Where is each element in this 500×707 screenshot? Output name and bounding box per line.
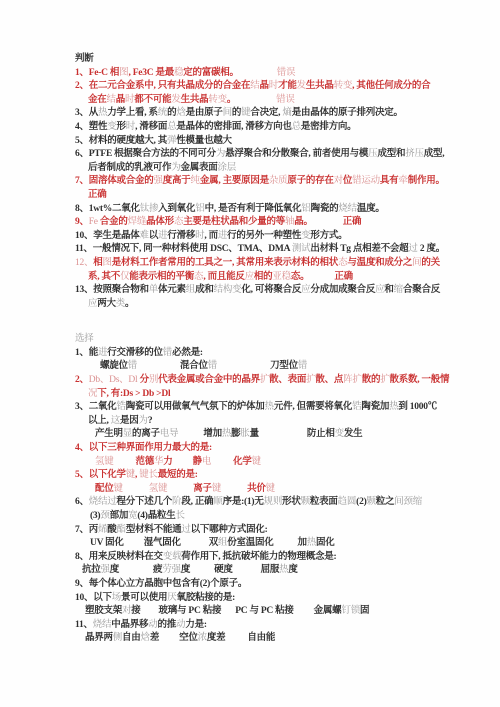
- text-segment: 2、: [75, 375, 89, 385]
- text-segment: 。: [227, 95, 236, 105]
- text-segment: 键长: [139, 470, 158, 480]
- text-segment: , 而: [204, 231, 218, 241]
- text-segment: 厌: [167, 593, 176, 603]
- text-segment: 别: [149, 375, 158, 385]
- text-segment: 10、以下: [75, 593, 112, 603]
- text-segment: 进: [98, 348, 107, 358]
- text-line: 10、孪生是晶体难以进行滑移时, 而进行的另外一种塑性变形方式。: [0, 230, 500, 244]
- text-segment: 侧: [113, 633, 122, 643]
- text-segment: 阵扩: [343, 375, 362, 385]
- text-segment: 统: [158, 108, 167, 118]
- text-segment: 态: [174, 217, 183, 227]
- options-line: 塑胶支架对接玻璃与 PC 粘接PC 与 PC 粘接金属螺钉锁固: [0, 605, 500, 619]
- text-segment: 发: [297, 81, 306, 91]
- text-segment: 才能: [278, 81, 297, 91]
- text-segment: 变: [335, 429, 344, 439]
- text-segment: 是由原子: [186, 108, 223, 118]
- text-segment: 的关: [421, 258, 440, 268]
- text-segment: 出材料 Tg 点相差不会超: [310, 244, 408, 254]
- text-segment: 测试: [292, 244, 311, 254]
- text-segment: 对: [122, 606, 131, 616]
- text-segment: 抗拉: [82, 565, 101, 575]
- text-segment: 6、: [75, 497, 89, 507]
- options-line: 氢键范德华力静电化学键: [0, 456, 500, 470]
- text-segment: 酯: [117, 525, 126, 535]
- text-segment: 杂质: [269, 176, 288, 186]
- text-segment: 错运动: [352, 176, 380, 186]
- text-segment: 下, 有:Ds > Db >Dl: [97, 389, 170, 399]
- text-segment: 5、材料的硬度越大, 其: [75, 136, 167, 146]
- text-segment: 序是:(1)无: [223, 497, 264, 507]
- text-line: 金在结晶时都不可能发生共晶转变。错误: [0, 94, 500, 108]
- text-segment: 错误: [276, 95, 295, 105]
- text-segment: , 而且能反: [203, 272, 244, 282]
- text-segment: 湿气固化: [144, 538, 181, 548]
- text-segment: 。: [125, 299, 134, 309]
- text-segment: 这: [111, 416, 120, 426]
- text-segment: 硬度: [214, 565, 233, 575]
- text-line: 3、从热力学上看, 系统的焓是由原子间的键合决定, 熵是由晶体的原子排列决定。: [0, 107, 500, 121]
- text-segment: 中, 是否有利于降低氧化: [205, 204, 302, 214]
- text-line: 11、一般情况下, 同一种材料使用 DSC、TMA、DMA 测试出材料 Tg 点…: [0, 243, 500, 257]
- text-segment: 金在: [88, 95, 107, 105]
- text-segment: 键: [266, 484, 275, 494]
- text-segment: 为: [216, 149, 225, 159]
- text-segment: 共价: [247, 484, 266, 494]
- text-segment: 显: [123, 429, 132, 439]
- text-segment: 键: [252, 457, 261, 467]
- text-segment: 金属, 主要原因是: [200, 176, 269, 186]
- text-segment: 转变: [208, 95, 227, 105]
- text-segment: 11、: [75, 620, 93, 630]
- text-segment: 程分下述几个: [117, 497, 173, 507]
- text-segment: 铝: [195, 204, 204, 214]
- text-segment: 度高于: [163, 176, 191, 186]
- text-segment: 12、: [75, 258, 93, 268]
- text-segment: 是晶体的密排面, 滑移方向也: [176, 122, 291, 132]
- text-segment: 扩: [260, 375, 269, 385]
- text-segment: 散、表面: [269, 375, 306, 385]
- text-segment: 间颈缩: [394, 497, 422, 507]
- text-segment: 图: [103, 258, 112, 268]
- text-segment: 颗: [367, 497, 376, 507]
- text-segment: 以下哪种方式固化:: [191, 525, 268, 535]
- text-segment: Fe: [89, 217, 100, 227]
- text-segment: 宽: [128, 511, 137, 521]
- text-segment: 是材料工作者常用的工具之一, 其常用来表示材料的相状: [112, 258, 338, 268]
- text-segment: 度: [181, 565, 190, 575]
- text-segment: 量: [250, 429, 259, 439]
- text-segment: 错误: [277, 68, 296, 78]
- text-segment: , Fe3C 是最: [128, 68, 174, 78]
- text-segment: 都不可能: [134, 95, 171, 105]
- text-segment: 电: [202, 457, 211, 467]
- text-segment: , 滑移面: [135, 122, 167, 132]
- text-segment: 定的富碳相。: [183, 68, 239, 78]
- text-segment: 5、以下化学: [75, 470, 126, 480]
- text-segment: 的: [232, 108, 241, 118]
- text-segment: 度差: [207, 633, 226, 643]
- text-segment: 自由能: [247, 633, 275, 643]
- text-segment: 段, 正确: [181, 497, 213, 507]
- text-line: 1、能进行交滑移的位错必然是:: [0, 347, 500, 361]
- document-page: 判断1、Fe-C 相图, Fe3C 是最稳定的富碳相。错误2、在二元合金系中, …: [0, 0, 500, 707]
- text-segment: 度: [110, 565, 119, 575]
- text-segment: 散、点: [315, 375, 343, 385]
- text-segment: 加: [298, 538, 307, 548]
- text-line: 况下, 有:Ds > Db >Dl: [0, 388, 500, 402]
- text-segment: 烯: [98, 525, 107, 535]
- text-segment: 变载: [163, 552, 182, 562]
- text-segment: 产生明: [95, 429, 123, 439]
- text-segment: 为: [139, 416, 148, 426]
- text-segment: 钛掺: [140, 204, 159, 214]
- text-segment: 间: [412, 258, 421, 268]
- text-segment: 代表金属或合金中的晶界: [158, 375, 260, 385]
- text-segment: 胀: [240, 429, 249, 439]
- text-segment: 8、用来反映材料在交: [75, 552, 163, 562]
- text-segment: 牵: [398, 176, 407, 186]
- text-segment: 接: [131, 606, 140, 616]
- text-line: 后者制成的乳液可作为金属表面涂层: [0, 162, 500, 176]
- text-segment: 变: [107, 122, 116, 132]
- text-segment: 正确: [343, 217, 362, 227]
- text-segment: 螺旋位: [100, 361, 128, 371]
- text-segment: 焓: [141, 633, 150, 643]
- text-line: 2、Db、Ds、Dl 分别代表金属或合金中的晶界扩散、表面扩散、点阵扩散的扩散系…: [0, 374, 500, 388]
- text-segment: 配位: [95, 484, 114, 494]
- text-segment: 形状: [282, 497, 301, 507]
- text-segment: 入到氧化: [158, 204, 195, 214]
- text-segment: 景可以使用: [121, 593, 167, 603]
- text-segment: 行的另外一种塑性: [227, 231, 301, 241]
- text-segment: 4、塑性: [75, 122, 107, 132]
- text-segment: 静: [193, 457, 202, 467]
- text-segment: UV 固化: [90, 538, 124, 548]
- text-segment: 陶瓷的: [311, 204, 339, 214]
- options-line: 产生明显的离子电导增加热膨胀量防止相变发生: [0, 428, 500, 442]
- text-segment: 亚稳: [272, 272, 291, 282]
- text-segment: 烧结: [338, 204, 357, 214]
- text-segment: 必然是:: [172, 348, 203, 358]
- text-segment: 结: [250, 81, 259, 91]
- text-segment: 离子: [193, 484, 212, 494]
- text-segment: 挤压: [405, 149, 424, 159]
- text-segment: 顺: [213, 497, 222, 507]
- text-line: 8、用来反映材料在交变载荷作用下, 抵抗破坏能力的物理概念是:: [0, 551, 500, 565]
- text-segment: 错: [298, 361, 307, 371]
- text-segment: 键: [212, 484, 221, 494]
- text-line: 10、以下场景可以使用厌氧胶粘接的是:: [0, 592, 500, 606]
- text-segment: 缩: [394, 285, 403, 295]
- text-segment: 到 1000℃: [398, 402, 437, 412]
- text-segment: 应: [301, 285, 310, 295]
- text-segment: 进: [218, 231, 227, 241]
- text-segment: 晶界两: [85, 633, 113, 643]
- text-line: 9、每个体心立方晶胞中包含有(2)个原子。: [0, 578, 500, 592]
- text-segment: 范德: [136, 457, 155, 467]
- text-segment: 强: [101, 565, 110, 575]
- options-line: 配位键氢键离子键共价键: [0, 483, 500, 497]
- questions-document: 判断1、Fe-C 相图, Fe3C 是最稳定的富碳相。错误2、在二元合金系中, …: [0, 53, 500, 646]
- text-segment: PC 与 PC 粘接: [235, 606, 293, 616]
- text-line: 应两大类。: [0, 298, 500, 312]
- text-segment: 3、二氧化: [75, 402, 117, 412]
- text-segment: 荷作用下, 抵抗破坏能力的物理概念是:: [181, 552, 336, 562]
- text-segment: 动: [176, 620, 185, 630]
- text-segment: 分: [140, 375, 149, 385]
- text-segment: 结构变: [214, 285, 242, 295]
- section-judgment: 判断1、Fe-C 相图, Fe3C 是最稳定的富碳相。错误2、在二元合金系中, …: [0, 53, 500, 311]
- text-segment: 能表示相的平衡: [129, 272, 194, 282]
- text-segment: 态: [338, 258, 347, 268]
- text-segment: 选择: [75, 334, 94, 344]
- text-segment: 后者制成的乳液可作: [88, 163, 171, 173]
- text-segment: 键: [114, 484, 123, 494]
- text-segment: Db、Ds、Dl: [89, 375, 140, 385]
- text-segment: 9、: [75, 217, 89, 227]
- text-segment: 6、PTFE 根据聚合方法的不同可分: [75, 149, 216, 159]
- text-line: 11、烧结中晶界移动的推动力是:: [0, 619, 500, 633]
- text-segment: 过: [408, 244, 417, 254]
- text-segment: 疲: [153, 565, 162, 575]
- text-segment: 锆: [352, 402, 361, 412]
- text-segment: 合聚合反: [403, 285, 440, 295]
- text-segment: 铝: [301, 204, 310, 214]
- text-segment: (4)晶粒生: [137, 511, 175, 521]
- text-segment: 成和: [195, 285, 214, 295]
- text-segment: 劳强: [162, 565, 181, 575]
- text-segment: 性模量也越大: [176, 136, 232, 146]
- text-segment: 1、Fe-C 相: [75, 68, 119, 78]
- text-segment: 间: [223, 108, 232, 118]
- text-segment: 晶体形: [146, 217, 174, 227]
- text-segment: 13、按照聚合物和: [75, 285, 149, 295]
- text-segment: 时: [269, 81, 278, 91]
- text-segment: 总: [292, 122, 301, 132]
- text-segment: 散的: [362, 375, 381, 385]
- text-segment: 生共晶: [181, 95, 209, 105]
- text-segment: 是密排方向。: [301, 122, 357, 132]
- text-line: 7、固溶体或合金的强度高于纯金属, 主要原因是杂质原子的存在对位错运动具有牵制作…: [0, 175, 500, 189]
- text-segment: 2、在二元合金系中, 只有共晶成分的合金在: [75, 81, 250, 91]
- text-segment: 悬浮聚合和分散聚合, 前者使用与模: [225, 149, 368, 159]
- text-segment: 热: [222, 429, 231, 439]
- text-segment: 散系数, 一般情: [389, 375, 449, 385]
- text-segment: 钉锁: [341, 606, 360, 616]
- text-segment: 氧胶粘接的是:: [177, 593, 235, 603]
- text-line: (3)颈部加宽(4)晶粒生长: [0, 510, 500, 524]
- text-line: 4、以下三种界面作用力最大的是:: [0, 442, 500, 456]
- text-segment: 判断: [75, 54, 94, 64]
- text-segment: 烧结过: [89, 497, 117, 507]
- text-segment: 陶瓷加: [361, 402, 389, 412]
- text-segment: 玻璃与 PC 粘接: [159, 606, 222, 616]
- options-line: 晶界两侧自由焓差空位浓度差自由能: [0, 632, 500, 646]
- text-segment: 阶: [172, 497, 181, 507]
- text-segment: 键: [126, 470, 135, 480]
- text-segment: 时: [126, 122, 135, 132]
- text-segment: 是因: [120, 416, 139, 426]
- text-segment: 时: [125, 95, 134, 105]
- text-segment: 组: [186, 285, 195, 295]
- text-segment: 错: [163, 348, 172, 358]
- text-segment: 空位: [179, 633, 198, 643]
- text-segment: 2 度。: [418, 244, 445, 254]
- text-segment: 体元素: [158, 285, 186, 295]
- text-segment: 轴: [285, 217, 294, 227]
- text-segment: 位: [343, 176, 352, 186]
- text-segment: 晶: [260, 81, 269, 91]
- text-segment: 弹: [167, 136, 176, 146]
- text-segment: 浓: [198, 633, 207, 643]
- text-segment: 金属螺: [314, 606, 342, 616]
- text-segment: 应: [88, 299, 97, 309]
- text-segment: 的: [167, 108, 176, 118]
- text-segment: 热: [98, 108, 107, 118]
- text-segment: 单: [149, 285, 158, 295]
- text-segment: 熵: [282, 108, 291, 118]
- text-segment: 晶: [116, 95, 125, 105]
- text-segment: (3): [90, 511, 100, 521]
- text-segment: 对: [334, 176, 343, 186]
- text-segment: 度: [288, 565, 297, 575]
- text-segment: 以: [149, 231, 158, 241]
- text-segment: 发: [171, 95, 180, 105]
- text-segment: 以上,: [88, 416, 111, 426]
- text-segment: 的推: [158, 620, 177, 630]
- text-segment: 防止相: [307, 429, 335, 439]
- text-segment: 涂层: [218, 163, 237, 173]
- text-line: 系, 其不仅能表示相的平衡态, 而且能反应相的亚稳态。正确: [0, 271, 500, 285]
- text-segment: 电导: [160, 429, 179, 439]
- text-segment: 化, 可将聚合反: [241, 285, 301, 295]
- text-line: 5、材料的硬度越大, 其弹性模量也越大: [0, 135, 500, 149]
- text-segment: 9、每个体心立方晶胞中包含有(2)个原子。: [75, 579, 247, 589]
- text-segment: 热: [265, 402, 274, 412]
- text-segment: 态: [194, 272, 203, 282]
- text-segment: 相: [93, 258, 102, 268]
- section-choice: 选择1、能进行交滑移的位错必然是:螺旋位错混合位错刀型位错2、Db、Ds、Dl …: [0, 333, 500, 646]
- text-segment: 屈服: [261, 565, 280, 575]
- text-line: 7、丙烯酸酯型材料不能通过以下哪种方式固化:: [0, 524, 500, 538]
- text-segment: 陶瓷可以用做氧气气氛下的炉体加: [126, 402, 265, 412]
- options-line: 抗拉强度疲劳强度硬度屈服热度: [0, 564, 500, 578]
- text-segment: 酸: [107, 525, 116, 535]
- text-line: 9、Fe 合金的焊缝晶体形态主要是柱状晶和少量的等轴晶。正确: [0, 216, 500, 230]
- text-segment: 系, 其不: [88, 272, 120, 282]
- text-segment: 锆: [117, 402, 126, 412]
- text-line: 正确: [0, 189, 500, 203]
- text-segment: 化学: [233, 457, 252, 467]
- text-segment: 动: [148, 620, 157, 630]
- text-segment: 焊缝: [128, 217, 147, 227]
- text-segment: 趋圆: [338, 497, 357, 507]
- text-segment: 热: [279, 565, 288, 575]
- section-heading: 选择: [0, 333, 500, 347]
- text-segment: 长: [175, 511, 184, 521]
- text-segment: 颈: [100, 511, 109, 521]
- text-segment: 元件, 但需要将氧化: [274, 402, 352, 412]
- text-segment: ?: [148, 416, 153, 426]
- text-segment: 行交滑移的位: [107, 348, 163, 358]
- text-segment: 热: [389, 402, 398, 412]
- text-line: 6、烧结过程分下述几个阶段, 正确顺序是:(1)无规则形状颗粒表面趋圆(2)颗粒…: [0, 496, 500, 510]
- text-segment: 时: [195, 231, 204, 241]
- text-segment: 最短的是:: [158, 470, 198, 480]
- text-segment: 型材料不能通: [126, 525, 182, 535]
- text-segment: 强: [154, 176, 163, 186]
- text-segment: 态。: [291, 272, 310, 282]
- text-segment: 膨: [231, 429, 240, 439]
- text-segment: 错: [208, 361, 217, 371]
- text-segment: 部加: [110, 511, 129, 521]
- text-segment: 合金的: [100, 217, 128, 227]
- text-segment: 10、孪生是晶体: [75, 231, 140, 241]
- text-segment: 差: [150, 633, 159, 643]
- text-segment: 进: [158, 231, 167, 241]
- text-segment: 烧结: [93, 620, 112, 630]
- text-segment: 仅: [120, 272, 129, 282]
- text-segment: 固: [360, 606, 369, 616]
- text-segment: 形: [117, 122, 126, 132]
- text-segment: 增加: [203, 429, 222, 439]
- text-segment: 相的: [254, 272, 273, 282]
- text-segment: 应: [245, 272, 254, 282]
- text-segment: 纯: [191, 176, 200, 186]
- text-segment: 固化: [316, 538, 335, 548]
- text-segment: 制作用。: [408, 176, 445, 186]
- text-segment: 分成加成聚合反: [310, 285, 375, 295]
- text-segment: 正确: [88, 190, 107, 200]
- text-line: 1、Fe-C 相图, Fe3C 是最稳定的富碳相。错误: [0, 67, 500, 81]
- text-segment: 的离子: [132, 429, 160, 439]
- text-segment: 是由晶体的原子排列决定。: [292, 108, 403, 118]
- text-segment: 力是:: [185, 620, 206, 630]
- text-segment: 成型,: [424, 149, 445, 159]
- text-segment: 3、从: [75, 108, 98, 118]
- text-segment: 结: [107, 95, 116, 105]
- text-segment: 具有: [380, 176, 399, 186]
- text-segment: 成型和: [377, 149, 405, 159]
- text-segment: 行滑移: [167, 231, 195, 241]
- text-segment: 粒之: [376, 497, 395, 507]
- text-line: 4、塑性变形时, 滑移面总是晶体的密排面, 滑移方向也总是密排方向。: [0, 121, 500, 135]
- text-segment: , 其他任何成分的合: [352, 81, 430, 91]
- text-segment: 总: [167, 122, 176, 132]
- text-line: 6、PTFE 根据聚合方法的不同可分为悬浮聚合和分散聚合, 前者使用与模压成型和…: [0, 148, 500, 162]
- text-segment: 生共晶: [306, 81, 334, 91]
- text-segment: 华: [154, 457, 163, 467]
- text-line: 8、1wt%二氧化钛掺入到氧化铝中, 是否有利于降低氧化铝陶瓷的烧结温度。: [0, 203, 500, 217]
- text-segment: 发生: [344, 429, 363, 439]
- text-segment: 类: [116, 299, 125, 309]
- text-segment: 场: [112, 593, 121, 603]
- text-segment: 转变: [334, 81, 353, 91]
- section-heading: 判断: [0, 53, 500, 67]
- text-segment: 稳: [174, 68, 183, 78]
- text-segment: 7、固溶体或合金的: [75, 176, 154, 186]
- text-segment: 温度。: [357, 204, 385, 214]
- text-segment: 合决定,: [250, 108, 282, 118]
- text-segment: 11、一般情况下, 同一种材料使用 DSC、TMA、DMA: [75, 244, 292, 254]
- text-segment: 两大: [97, 299, 116, 309]
- text-segment: 双: [209, 538, 218, 548]
- text-segment: 组: [218, 538, 227, 548]
- text-segment: 况: [88, 389, 97, 399]
- text-segment: 刀型位: [270, 361, 298, 371]
- options-line: 螺旋位错混合位错刀型位错: [0, 360, 500, 374]
